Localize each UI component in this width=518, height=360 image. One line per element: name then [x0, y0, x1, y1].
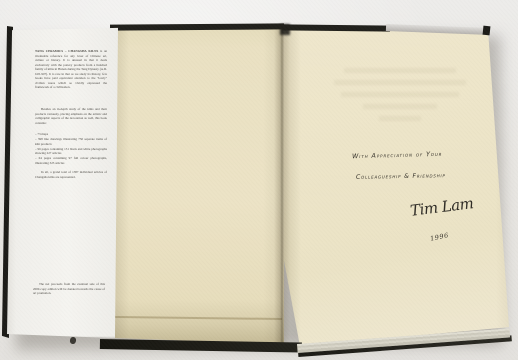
- left-endpaper-page: [110, 26, 284, 344]
- flap-contents-total: In all, a grand total of 1387 individual…: [35, 170, 107, 179]
- flap-list-item: – 73 maps: [35, 132, 107, 137]
- flap-intro-text: is an invaluable reference for any lover…: [35, 49, 107, 89]
- book-photo: TANG CERAMICS – CHANGSHA KILNS is an inv…: [0, 0, 518, 360]
- flap-contents-list: – 73 maps – 398 line drawings illustrati…: [35, 132, 107, 166]
- book-cover-top-edge-left: [110, 23, 284, 30]
- page-gutter-shadow: [274, 26, 290, 346]
- book-cover-bottom-edge-left: [100, 339, 302, 353]
- flap-contents-intro: Besides an in-depth study of the kilns a…: [35, 107, 107, 125]
- flap-proceeds-note: The net proceeds from the eventual sale …: [33, 282, 105, 296]
- flap-list-item: – 96 pages containing 151 black and whit…: [35, 147, 107, 156]
- ghost-text-showthrough: [326, 68, 474, 148]
- flap-list-item: – 398 line drawings illustrating 750 sep…: [35, 137, 107, 146]
- flap-book-title: TANG CERAMICS – CHANGSHA KILNS: [35, 49, 98, 53]
- dust-jacket-flap: TANG CERAMICS – CHANGSHA KILNS is an inv…: [6, 26, 118, 340]
- flap-list-item: – 64 pages containing 97 full colour pho…: [35, 156, 107, 165]
- book-cover-top-edge-right: [282, 24, 390, 31]
- book-cover-top-right-corner: [483, 26, 491, 36]
- flap-intro-paragraph: TANG CERAMICS – CHANGSHA KILNS is an inv…: [35, 49, 107, 90]
